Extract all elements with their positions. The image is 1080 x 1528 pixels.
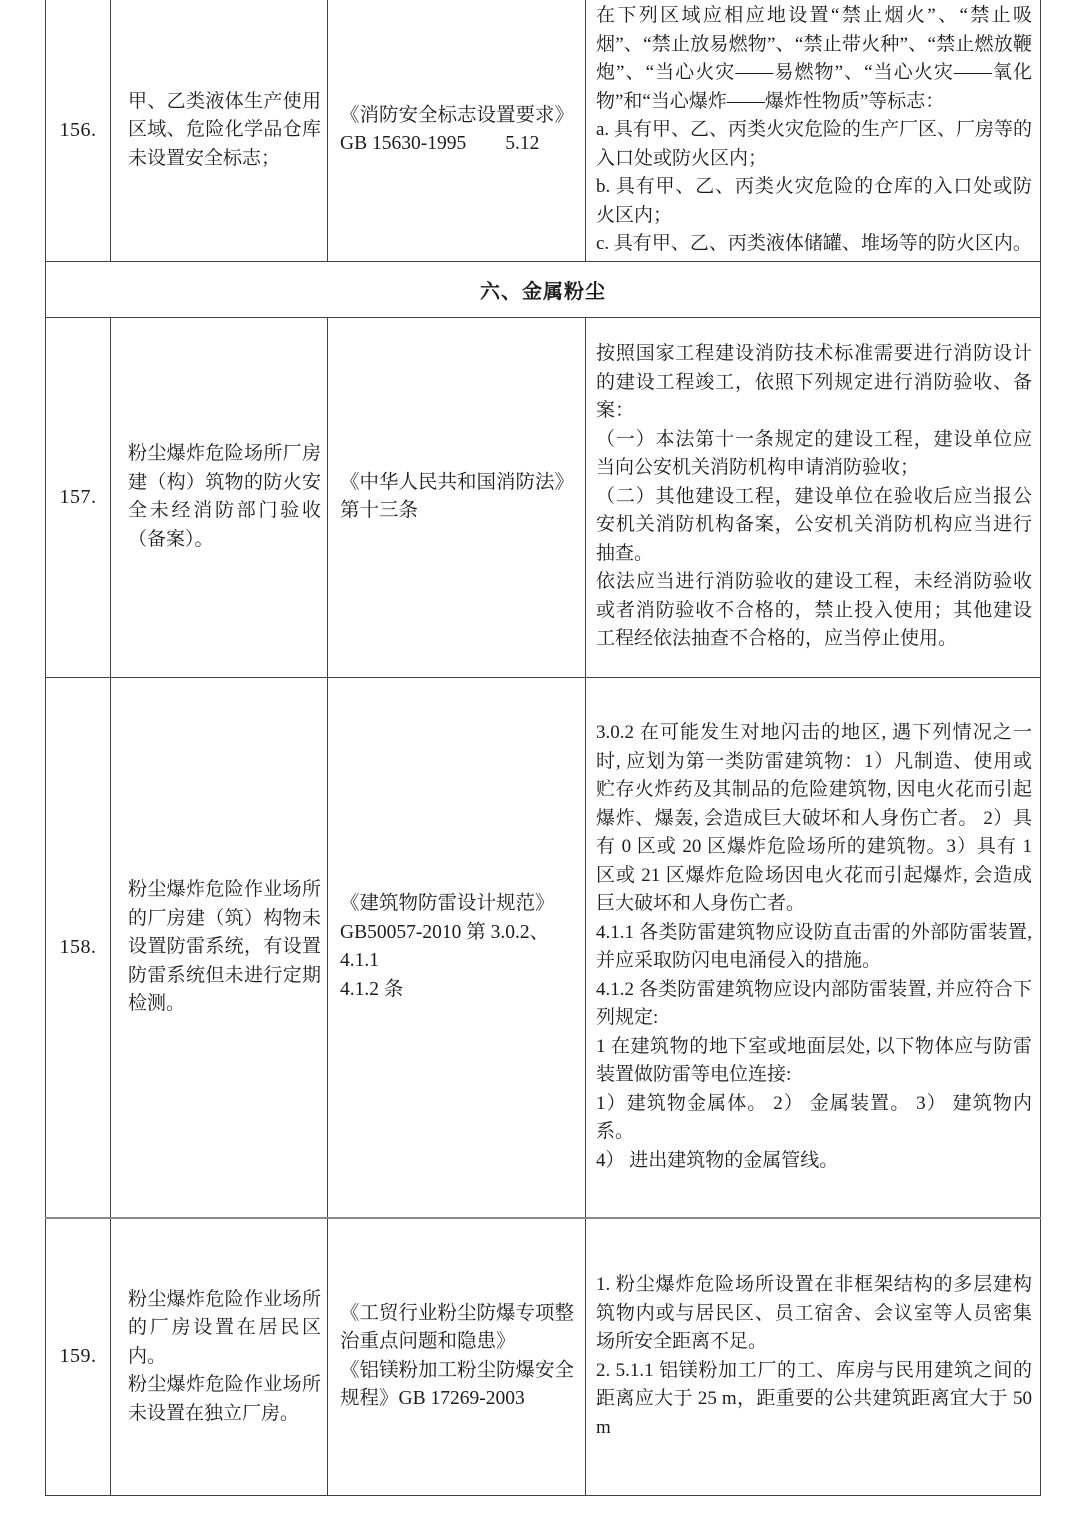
- section-header: 六、金属粉尘: [46, 261, 1041, 317]
- detail-cell: 1. 粉尘爆炸危险场所设置在非框架结构的多层建构筑物内或与居民区、员工宿舍、会议…: [586, 1218, 1041, 1495]
- table-row-156: 156. 甲、乙类液体生产使用区域、危险化学品仓库未设置安全标志； 《消防安全标…: [46, 0, 1041, 261]
- violation-text: 甲、乙类液体生产使用区域、危险化学品仓库未设置安全标志；: [111, 86, 327, 176]
- regulation-table: 156. 甲、乙类液体生产使用区域、危险化学品仓库未设置安全标志； 《消防安全标…: [45, 0, 1041, 1496]
- violation-cell: 粉尘爆炸危险作业场所的厂房设置在居民区内。 粉尘爆炸危险作业场所未设置在独立厂房…: [111, 1218, 328, 1495]
- violation-text: 粉尘爆炸危险作业场所的厂房设置在居民区内。 粉尘爆炸危险作业场所未设置在独立厂房…: [111, 1284, 327, 1431]
- violation-cell: 粉尘爆炸危险作业场所的厂房建（筑）构物未设置防雷系统，有设置防雷系统但未进行定期…: [111, 677, 328, 1218]
- basis-cell: 《建筑物防雷设计规范》 GB50057-2010 第 3.0.2、 4.1.1 …: [328, 677, 586, 1218]
- detail-cell: 在下列区域应相应地设置“禁止烟火”、“禁止吸烟”、“禁止放易燃物”、“禁止带火种…: [586, 0, 1041, 261]
- table-row-158: 158. 粉尘爆炸危险作业场所的厂房建（筑）构物未设置防雷系统，有设置防雷系统但…: [46, 677, 1041, 1218]
- row-number: 159.: [46, 1345, 110, 1368]
- basis-text: 《工贸行业粉尘防爆专项整治重点问题和隐患》 《铝镁粉加工粉尘防爆安全规程》GB …: [328, 1298, 585, 1416]
- detail-text: 3.0.2 在可能发生对地闪击的地区, 遇下列情况之一时, 应划为第一类防雷建筑…: [586, 717, 1040, 1177]
- row-number-cell: 156.: [46, 0, 111, 261]
- detail-cell: 按照国家工程建设消防技术标准需要进行消防设计的建设工程竣工，依照下列规定进行消防…: [586, 317, 1041, 677]
- basis-cell: 《中华人民共和国消防法》 第十三条: [328, 317, 586, 677]
- violation-cell: 甲、乙类液体生产使用区域、危险化学品仓库未设置安全标志；: [111, 0, 328, 261]
- row-number-cell: 157.: [46, 317, 111, 677]
- row-number-cell: 158.: [46, 677, 111, 1218]
- detail-text: 按照国家工程建设消防技术标准需要进行消防设计的建设工程竣工，依照下列规定进行消防…: [586, 338, 1040, 656]
- violation-text: 粉尘爆炸危险作业场所的厂房建（筑）构物未设置防雷系统，有设置防雷系统但未进行定期…: [111, 874, 327, 1021]
- violation-cell: 粉尘爆炸危险场所厂房建（构）筑物的防火安全未经消防部门验收（备案）。: [111, 317, 328, 677]
- violation-text: 粉尘爆炸危险场所厂房建（构）筑物的防火安全未经消防部门验收（备案）。: [111, 438, 327, 556]
- row-number: 157.: [46, 486, 110, 509]
- row-number: 158.: [46, 936, 110, 959]
- detail-cell: 3.0.2 在可能发生对地闪击的地区, 遇下列情况之一时, 应划为第一类防雷建筑…: [586, 677, 1041, 1218]
- basis-cell: 《消防安全标志设置要求》 GB 15630-1995 5.12: [328, 0, 586, 261]
- section-header-row: 六、金属粉尘: [46, 261, 1041, 317]
- row-number-cell: 159.: [46, 1218, 111, 1495]
- basis-text: 《建筑物防雷设计规范》 GB50057-2010 第 3.0.2、 4.1.1 …: [328, 888, 585, 1006]
- row-number: 156.: [46, 119, 110, 142]
- table-row-159: 159. 粉尘爆炸危险作业场所的厂房设置在居民区内。 粉尘爆炸危险作业场所未设置…: [46, 1218, 1041, 1495]
- detail-text: 1. 粉尘爆炸危险场所设置在非框架结构的多层建构筑物内或与居民区、员工宿舍、会议…: [586, 1269, 1040, 1444]
- basis-cell: 《工贸行业粉尘防爆专项整治重点问题和隐患》 《铝镁粉加工粉尘防爆安全规程》GB …: [328, 1218, 586, 1495]
- basis-text: 《中华人民共和国消防法》 第十三条: [328, 467, 585, 528]
- detail-text: 在下列区域应相应地设置“禁止烟火”、“禁止吸烟”、“禁止放易燃物”、“禁止带火种…: [586, 0, 1040, 261]
- basis-text: 《消防安全标志设置要求》 GB 15630-1995 5.12: [328, 100, 585, 161]
- table-row-157: 157. 粉尘爆炸危险场所厂房建（构）筑物的防火安全未经消防部门验收（备案）。 …: [46, 317, 1041, 677]
